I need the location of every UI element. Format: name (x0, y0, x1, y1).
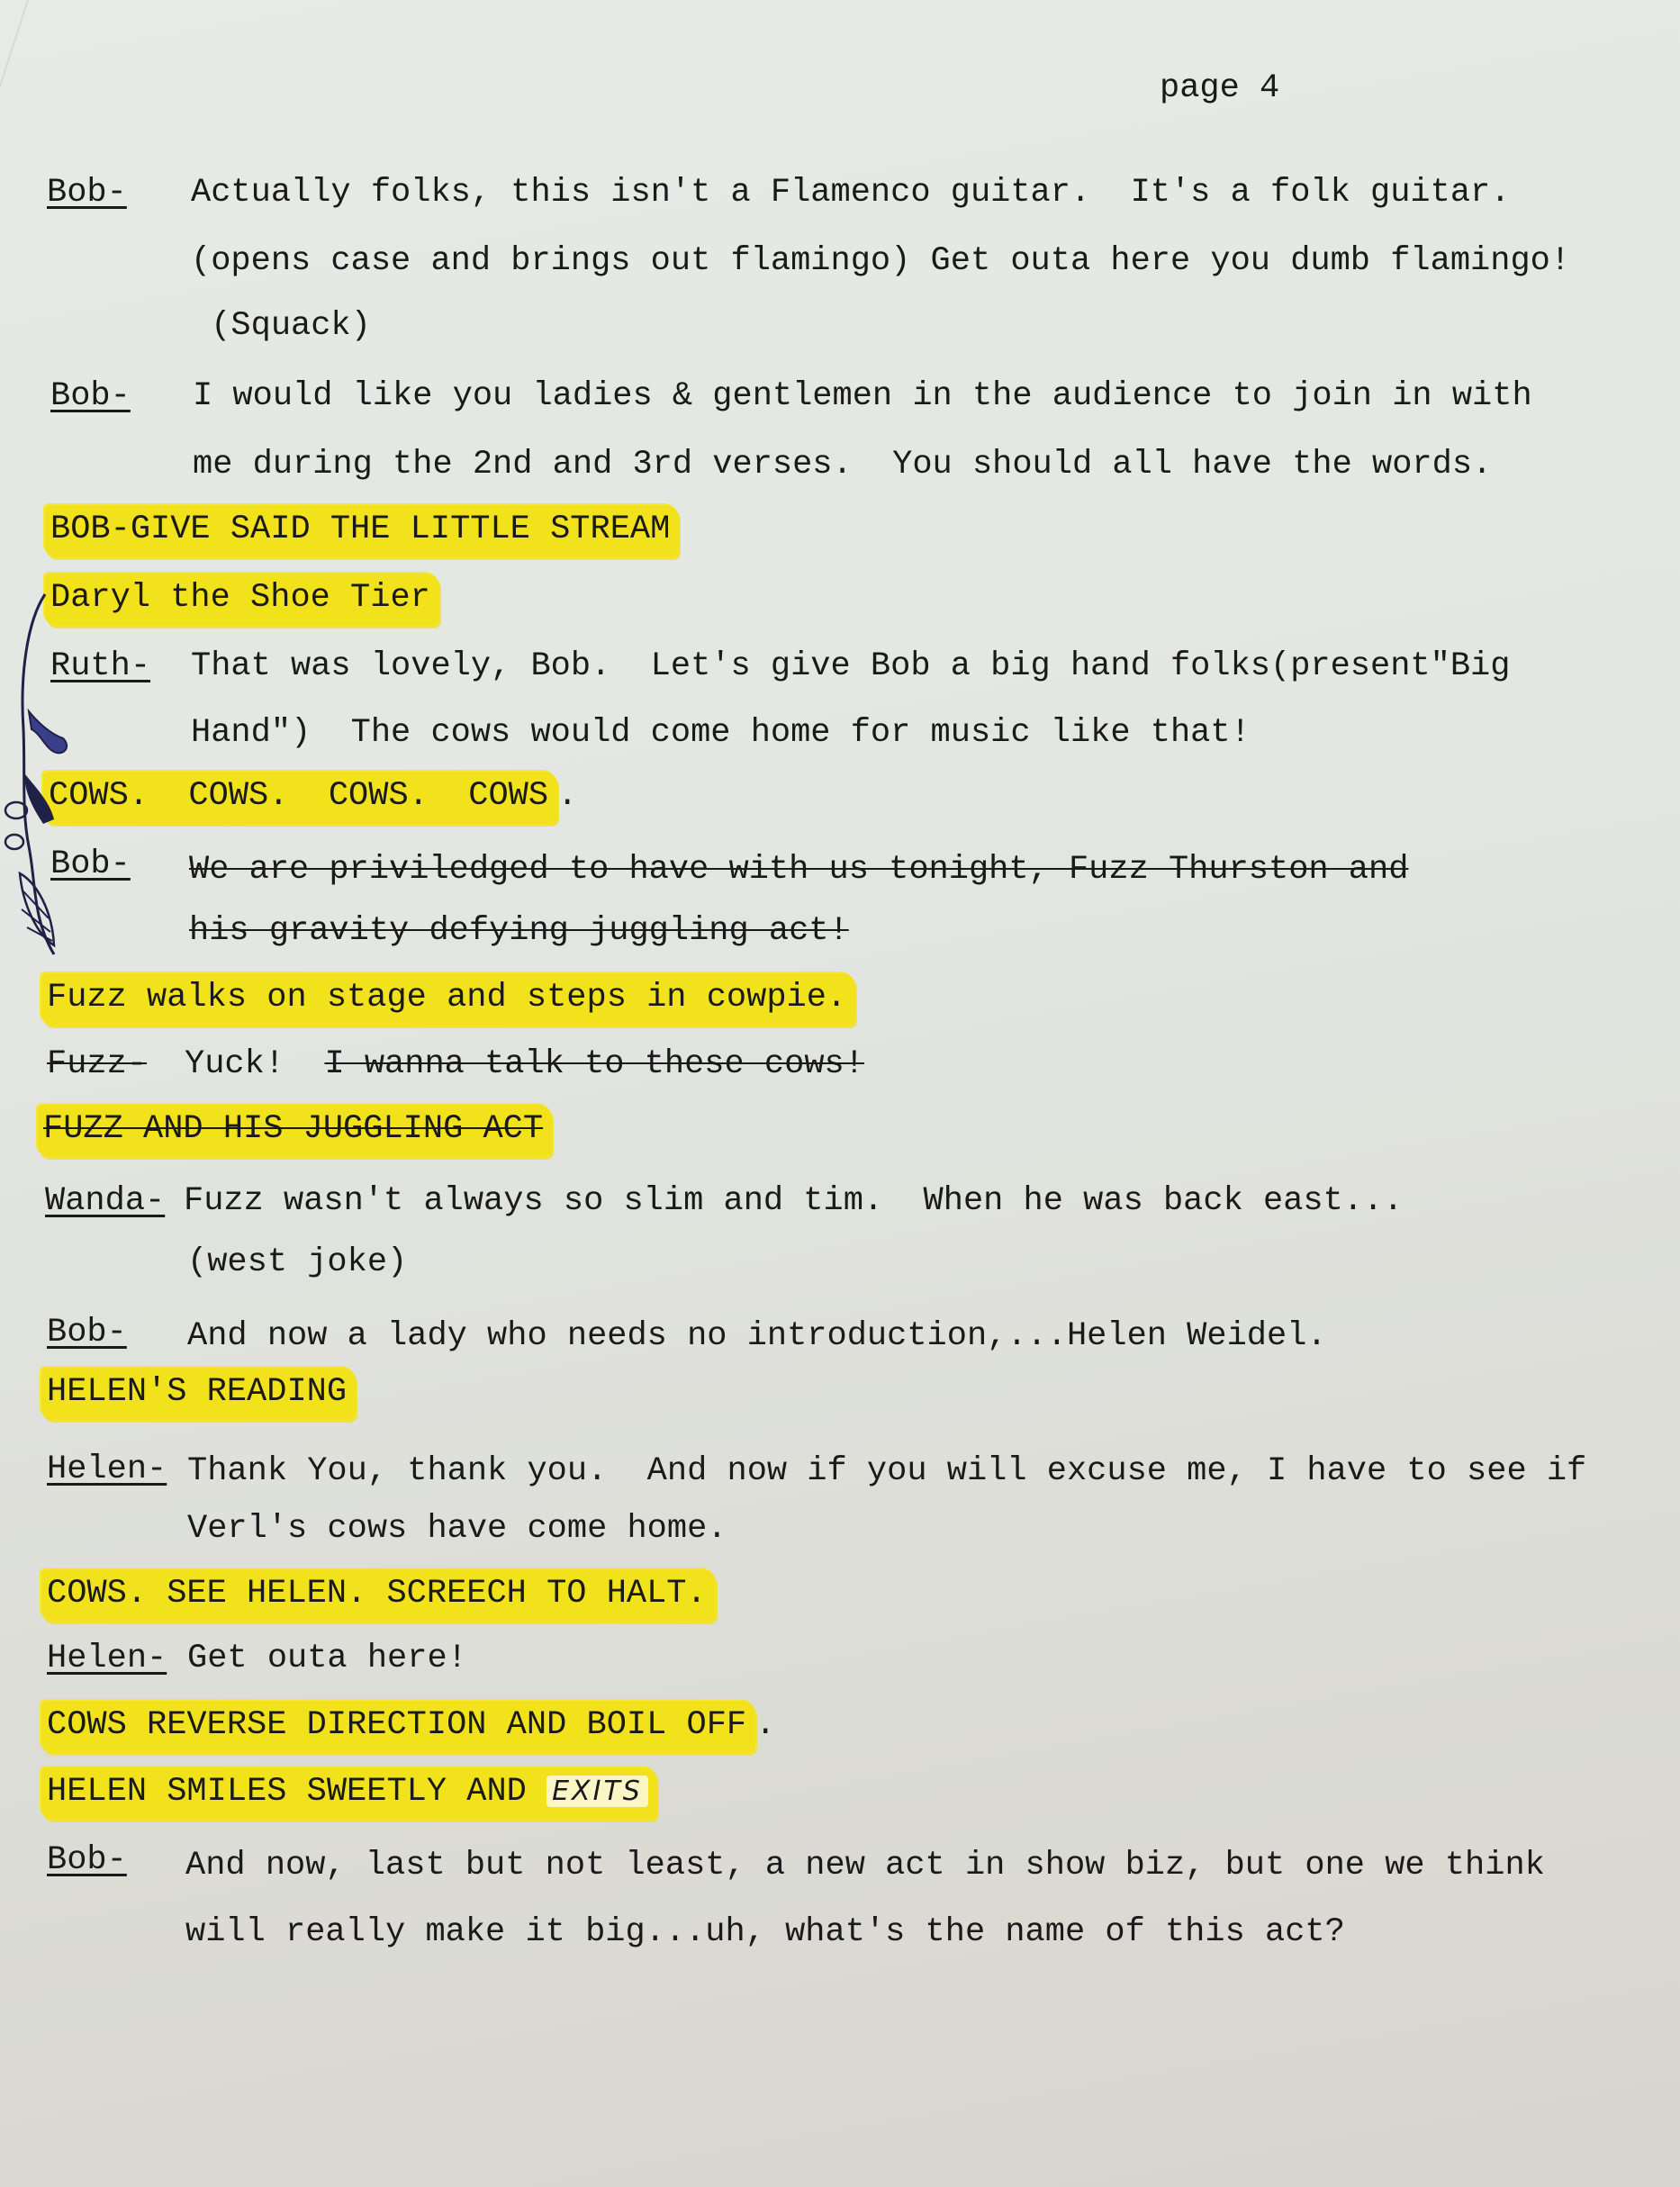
dialogue-line: And now, last but not least, a new act i… (185, 1846, 1545, 1885)
dialogue-line: Get outa here! (187, 1639, 467, 1678)
page-number: page 4 (1160, 68, 1279, 108)
speaker-helen: Helen- (47, 1639, 167, 1678)
highlight: HELEN SMILES SWEETLY AND EXITS (41, 1767, 657, 1820)
stage-cue: COWS. SEE HELEN. SCREECH TO HALT. (47, 1574, 716, 1613)
stage-cue: Daryl the Shoe Tier (50, 578, 439, 618)
highlight: COWS REVERSE DIRECTION AND BOIL OFF (41, 1701, 755, 1753)
dialogue-line: (Squack) (191, 306, 371, 346)
speaker-bob: Bob- (47, 1313, 127, 1352)
highlight: BOB-GIVE SAID THE LITTLE STREAM (45, 505, 679, 557)
handwritten-exits: EXITS (546, 1776, 648, 1807)
highlight: COWS. COWS. COWS. COWS (43, 772, 557, 824)
dialogue-line: Fuzz wasn't always so slim and tim. When… (184, 1181, 1403, 1221)
highlight: HELEN'S READING (41, 1368, 356, 1420)
cue-suffix: . (755, 1706, 775, 1744)
page-edge (0, 0, 29, 162)
dialogue-line: Verl's cows have come home. (187, 1509, 727, 1549)
dialogue-line: Thank You, thank you. And now if you wil… (187, 1451, 1586, 1491)
stage-cue: COWS REVERSE DIRECTION AND BOIL OFF. (47, 1705, 775, 1745)
dialogue-text: Yuck! (185, 1045, 324, 1083)
stage-cue: FUZZ AND HIS JUGGLING ACT (43, 1109, 552, 1149)
dialogue-line: That was lovely, Bob. Let's give Bob a b… (191, 646, 1510, 686)
dialogue-line: Hand") The cows would come home for musi… (191, 713, 1251, 753)
struck-text: I wanna talk to these cows! (324, 1045, 864, 1083)
stage-cue: Fuzz walks on stage and steps in cowpie. (47, 978, 855, 1017)
speaker-bob: Bob- (47, 1840, 127, 1880)
highlight: Fuzz walks on stage and steps in cowpie. (41, 973, 855, 1026)
cue-suffix: . (557, 777, 577, 815)
cue-text: HELEN SMILES SWEETLY AND (47, 1773, 546, 1811)
speaker-helen: Helen- (47, 1450, 167, 1489)
stage-cue: HELEN'S READING (47, 1372, 356, 1412)
pen-vine-doodle-icon (0, 576, 99, 972)
speaker-bob: Bob- (47, 173, 127, 212)
dialogue-line: will really make it big...uh, what's the… (185, 1912, 1345, 1952)
dialogue-line: Yuck! I wanna talk to these cows! (185, 1044, 864, 1084)
highlight: Daryl the Shoe Tier (45, 574, 439, 626)
highlight: COWS. SEE HELEN. SCREECH TO HALT. (41, 1569, 716, 1622)
stage-cue: BOB-GIVE SAID THE LITTLE STREAM (50, 510, 679, 549)
dialogue-line: And now a lady who needs no introduction… (187, 1316, 1327, 1356)
dialogue-line: (opens case and brings out flamingo) Get… (191, 241, 1570, 281)
dialogue-line: (west joke) (187, 1243, 407, 1282)
struck-dialogue-line: We are priviledged to have with us tonig… (189, 850, 1408, 890)
speaker-bob: Bob- (50, 376, 131, 416)
highlight: FUZZ AND HIS JUGGLING ACT (38, 1105, 552, 1157)
stage-cue: COWS. COWS. COWS. COWS. (49, 776, 577, 816)
dialogue-line: me during the 2nd and 3rd verses. You sh… (193, 445, 1492, 484)
speaker-fuzz: Fuzz- (47, 1044, 147, 1084)
struck-dialogue-line: his gravity defying juggling act! (189, 911, 849, 951)
dialogue-line: Actually folks, this isn't a Flamenco gu… (191, 173, 1510, 212)
dialogue-line: I would like you ladies & gentlemen in t… (193, 376, 1532, 416)
speaker-wanda: Wanda- (45, 1181, 165, 1221)
stage-cue: HELEN SMILES SWEETLY AND EXITS (47, 1772, 657, 1812)
